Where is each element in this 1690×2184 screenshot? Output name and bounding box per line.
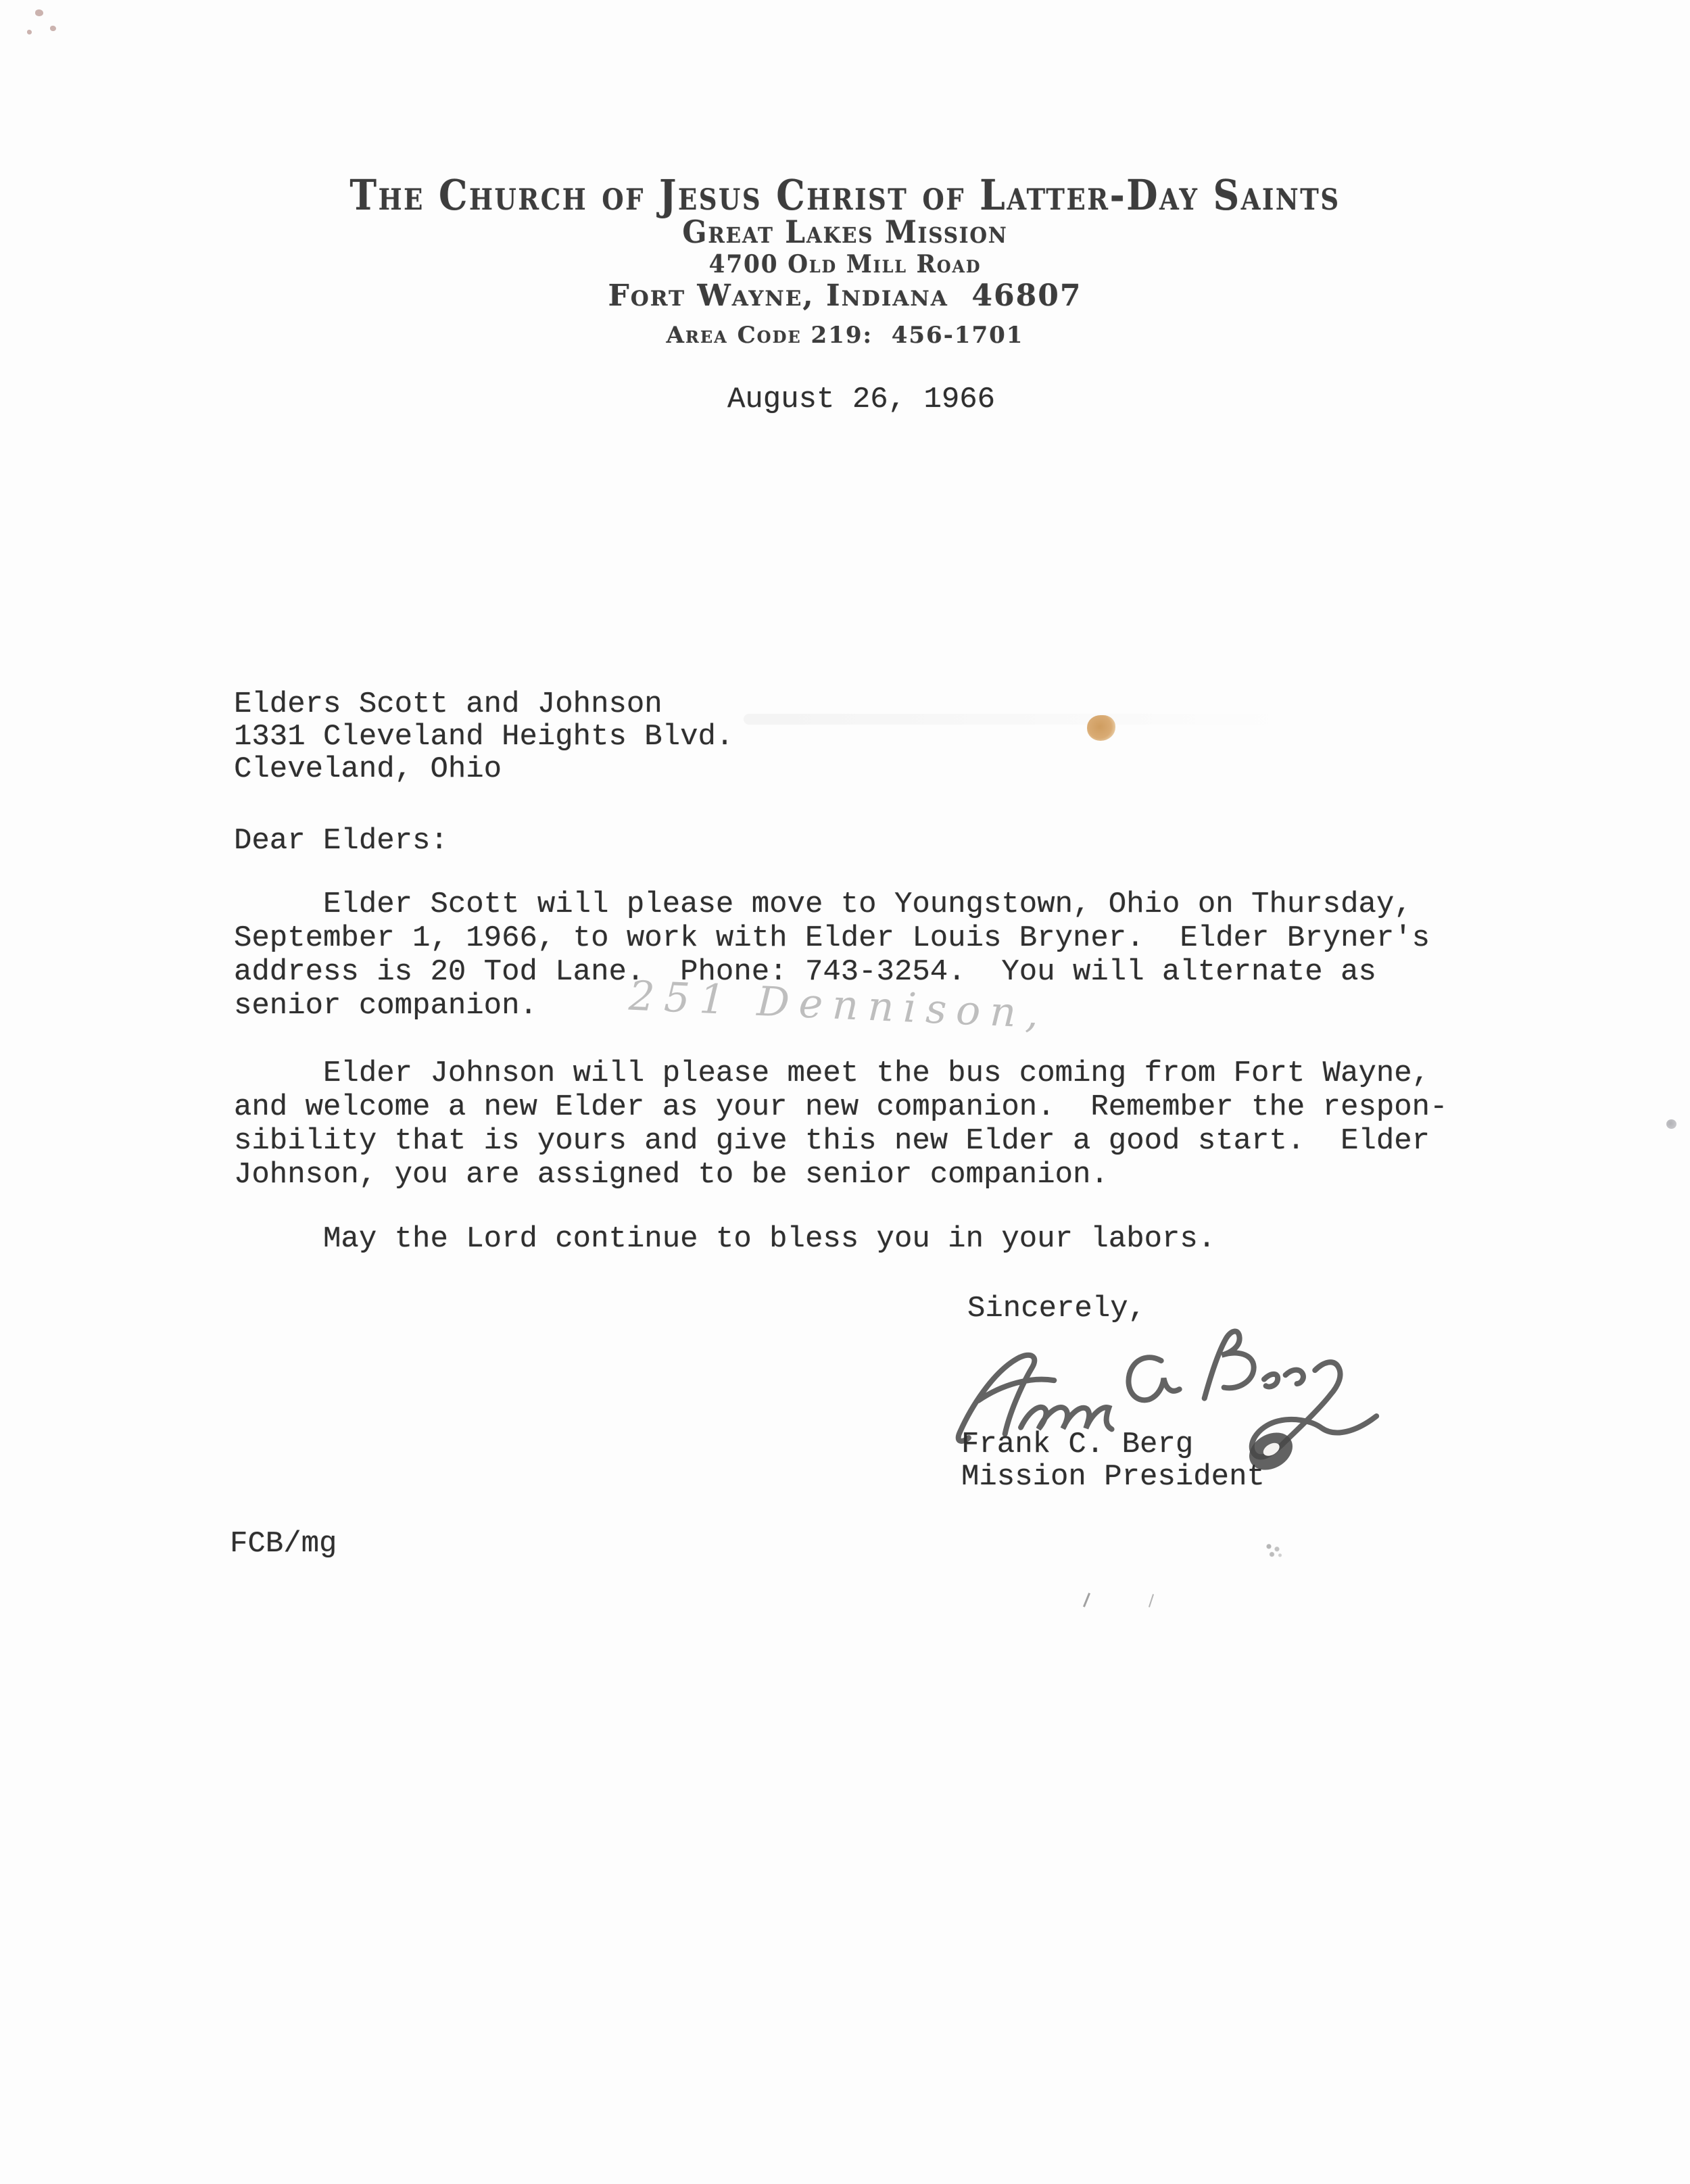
corner-speck-3: [27, 30, 32, 34]
recipient-line-3: Cleveland, Ohio: [234, 752, 502, 786]
signer-title: Mission President: [961, 1460, 1265, 1494]
erased-ghost-streak: [744, 714, 1284, 725]
recipient-line-1: Elders Scott and Johnson: [234, 687, 662, 721]
pencil-smudge: [1263, 1541, 1283, 1559]
stray-mark-1: [1083, 1593, 1090, 1607]
letterhead-organization: The Church of Jesus Christ of Latter-Day…: [118, 170, 1572, 220]
letterhead-address: 4700 Old Mill Road: [43, 250, 1648, 278]
letterhead-phone: Area Code 219: 456-1701: [0, 322, 1690, 349]
signer-block: Frank C. BergMission President: [961, 1428, 1265, 1493]
recipient-line-2: 1331 Cleveland Heights Blvd.: [234, 720, 733, 754]
reference-initials: FCB/mg: [230, 1527, 337, 1561]
salutation: Dear Elders:: [234, 824, 448, 858]
stain-dot: [1087, 715, 1115, 741]
corner-speck-2: [50, 26, 56, 31]
letterhead-mission: Great Lakes Mission: [68, 214, 1622, 250]
p2-line-4: Johnson, you are assigned to be senior c…: [234, 1158, 1109, 1192]
signer-typed-name: Frank C. Berg: [961, 1428, 1193, 1461]
letter-date: August 26, 1966: [727, 383, 995, 416]
p2-line-2: and welcome a new Elder as your new comp…: [234, 1090, 1448, 1124]
p1-line-4: senior companion.: [234, 989, 537, 1023]
corner-speck-1: [35, 9, 43, 16]
body-paragraph-2: Elder Johnson will please meet the bus c…: [234, 1057, 1448, 1192]
letter-page: The Church of Jesus Christ of Latter-Day…: [0, 0, 1690, 2184]
body-paragraph-3: May the Lord continue to bless you in yo…: [234, 1222, 1215, 1256]
recipient-address: Elders Scott and Johnson1331 Cleveland H…: [234, 688, 733, 785]
stray-mark-2: [1149, 1594, 1154, 1607]
p2-line-3: sibility that is yours and give this new…: [234, 1124, 1430, 1158]
p1-line-1: Elder Scott will please move to Youngsto…: [234, 888, 1412, 921]
gray-fleck: [1666, 1119, 1676, 1129]
p1-line-2: September 1, 1966, to work with Elder Lo…: [234, 921, 1430, 955]
letterhead-city: Fort Wayne, Indiana 46807: [0, 278, 1690, 313]
p2-line-1: Elder Johnson will please meet the bus c…: [234, 1057, 1430, 1090]
